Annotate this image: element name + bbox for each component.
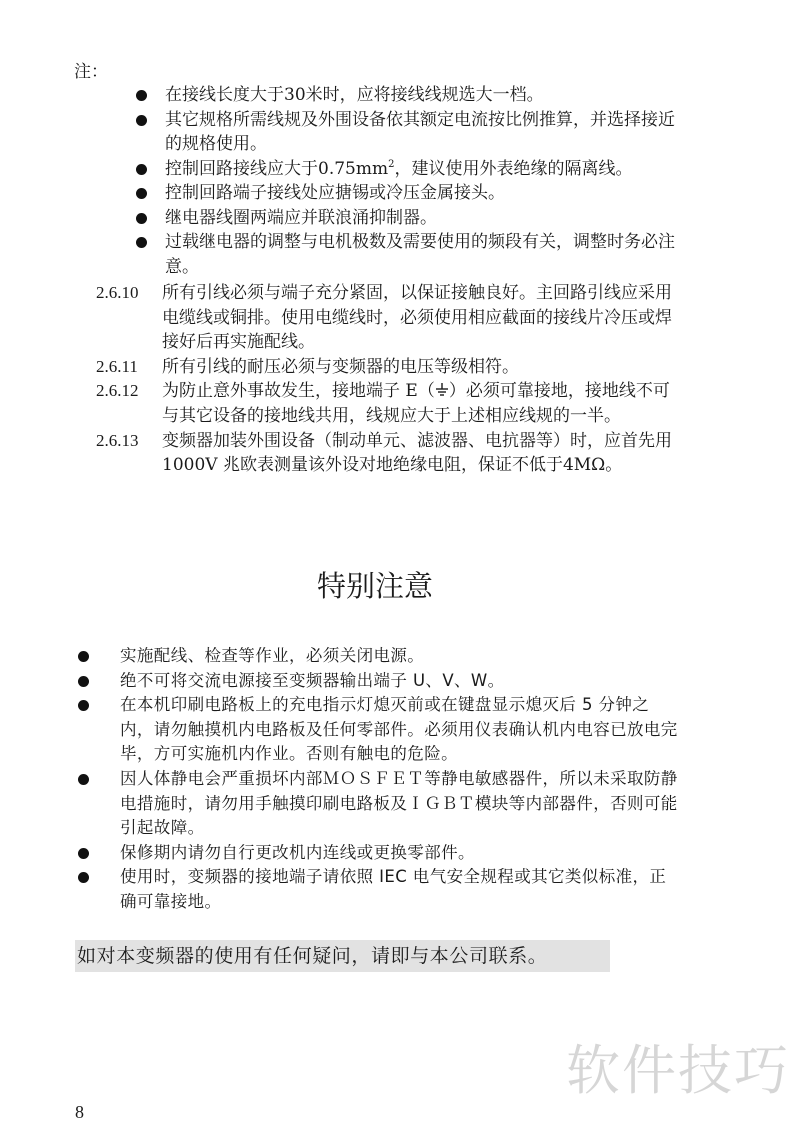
- list-item: 保修期内请勿自行更改机内连线或更换零部件。: [0, 841, 680, 866]
- section-item: 2.6.12 为防止意外事故发生，接地端子 E（）必须可靠接地，接地线不可与其它…: [0, 379, 682, 428]
- note-text: 在接线长度大于30米时，应将接线线规选大一档。: [165, 85, 544, 105]
- note-text: 控制回路端子接线处应搪锡或冷压金属接头。: [165, 183, 505, 203]
- list-item: 控制回路接线应大于0.75mm2，建议使用外表绝缘的隔离线。: [0, 157, 685, 182]
- section-text: 变频器加装外围设备（制动单元、滤波器、电抗器等）时，应首先用 1000V 兆欧表…: [162, 431, 672, 476]
- contact-note: 如对本变频器的使用有任何疑问，请即与本公司联系。: [75, 940, 610, 972]
- watermark: 软件技巧: [566, 1038, 790, 1104]
- list-item: 其它规格所需线规及外围设备依其额定电流按比例推算，并选择接近的规格使用。: [0, 108, 685, 157]
- notice-text: 因人体静电会严重损坏内部ＭＯＳＦＥＴ等静电敏感器件，所以未采取防静电措施时，请勿…: [120, 769, 678, 837]
- numbered-sections: 2.6.10 所有引线必须与端子充分紧固，以保证接触良好。主回路引线应采用电缆线…: [0, 281, 800, 478]
- list-item: 实施配线、检查等作业，必须关闭电源。: [0, 644, 680, 669]
- special-notice-list: 实施配线、检查等作业，必须关闭电源。 绝不可将交流电源接至变频器输出端子 U、V…: [0, 644, 800, 915]
- section-number: 2.6.11: [96, 355, 138, 380]
- bullet-icon: [78, 774, 89, 785]
- section-text: 所有引线的耐压必须与变频器的电压等级相符。: [162, 357, 519, 377]
- note-text: 控制回路接线应大于0.75mm2，建议使用外表绝缘的隔离线。: [165, 159, 632, 179]
- page-number: 8: [75, 1100, 84, 1124]
- section-item: 2.6.10 所有引线必须与端子充分紧固，以保证接触良好。主回路引线应采用电缆线…: [0, 281, 682, 355]
- bullet-icon: [136, 90, 147, 101]
- special-notice-title: 特别注意: [0, 568, 750, 604]
- notice-text: 在本机印刷电路板上的充电指示灯熄灭前或在键盘显示熄灭后 5 分钟之内，请勿触摸机…: [120, 695, 678, 763]
- notes-list: 在接线长度大于30米时，应将接线线规选大一档。 其它规格所需线规及外围设备依其额…: [0, 83, 800, 279]
- notice-text: 保修期内请勿自行更改机内连线或更换零部件。: [120, 843, 475, 862]
- bullet-icon: [78, 676, 89, 687]
- notes-label: 注：: [74, 60, 108, 84]
- section-number: 2.6.10: [96, 281, 139, 306]
- ground-icon: [435, 381, 449, 397]
- list-item: 使用时，变频器的接地端子请依照 IEC 电气安全规程或其它类似标准，正确可靠接地…: [0, 865, 680, 914]
- bullet-icon: [136, 237, 147, 248]
- list-item: 控制回路端子接线处应搪锡或冷压金属接头。: [0, 181, 685, 206]
- bullet-icon: [136, 213, 147, 224]
- list-item: 因人体静电会严重损坏内部ＭＯＳＦＥＴ等静电敏感器件，所以未采取防静电措施时，请勿…: [0, 767, 680, 841]
- section-number: 2.6.12: [96, 379, 139, 404]
- bullet-icon: [78, 700, 89, 711]
- bullet-icon: [136, 164, 147, 175]
- section-item: 2.6.13 变频器加装外围设备（制动单元、滤波器、电抗器等）时，应首先用 10…: [0, 429, 682, 478]
- bullet-icon: [136, 115, 147, 126]
- list-item: 继电器线圈两端应并联浪涌抑制器。: [0, 206, 685, 231]
- bullet-icon: [78, 872, 89, 883]
- list-item: 在本机印刷电路板上的充电指示灯熄灭前或在键盘显示熄灭后 5 分钟之内，请勿触摸机…: [0, 693, 680, 767]
- note-text: 继电器线圈两端应并联浪涌抑制器。: [165, 208, 437, 228]
- section-text-before: 为防止意外事故发生，接地端子 E（: [162, 381, 435, 401]
- note-text: 过载继电器的调整与电机极数及需要使用的频段有关，调整时务必注意。: [165, 232, 675, 277]
- list-item: 在接线长度大于30米时，应将接线线规选大一档。: [0, 83, 685, 108]
- note-text-before: 控制回路接线应大于0.75mm: [165, 159, 388, 179]
- section-number: 2.6.13: [96, 429, 139, 454]
- section-item: 2.6.11 所有引线的耐压必须与变频器的电压等级相符。: [0, 355, 682, 380]
- list-item: 过载继电器的调整与电机极数及需要使用的频段有关，调整时务必注意。: [0, 230, 685, 279]
- list-item: 绝不可将交流电源接至变频器输出端子 U、V、W。: [0, 669, 680, 694]
- bullet-icon: [136, 188, 147, 199]
- note-text: 其它规格所需线规及外围设备依其额定电流按比例推算，并选择接近的规格使用。: [165, 110, 675, 155]
- notice-text: 使用时，变频器的接地端子请依照 IEC 电气安全规程或其它类似标准，正确可靠接地…: [120, 867, 666, 911]
- notice-text: 绝不可将交流电源接至变频器输出端子 U、V、W。: [120, 671, 505, 690]
- note-text-after: ，建议使用外表绝缘的隔离线。: [394, 159, 632, 179]
- section-text: 为防止意外事故发生，接地端子 E（）必须可靠接地，接地线不可与其它设备的接地线共…: [162, 381, 670, 426]
- section-text: 所有引线必须与端子充分紧固，以保证接触良好。主回路引线应采用电缆线或铜排。使用电…: [162, 283, 672, 352]
- document-page: 注： 在接线长度大于30米时，应将接线线规选大一档。 其它规格所需线规及外围设备…: [0, 0, 800, 1133]
- bullet-icon: [78, 651, 89, 662]
- notice-text: 实施配线、检查等作业，必须关闭电源。: [120, 646, 424, 665]
- bullet-icon: [78, 848, 89, 859]
